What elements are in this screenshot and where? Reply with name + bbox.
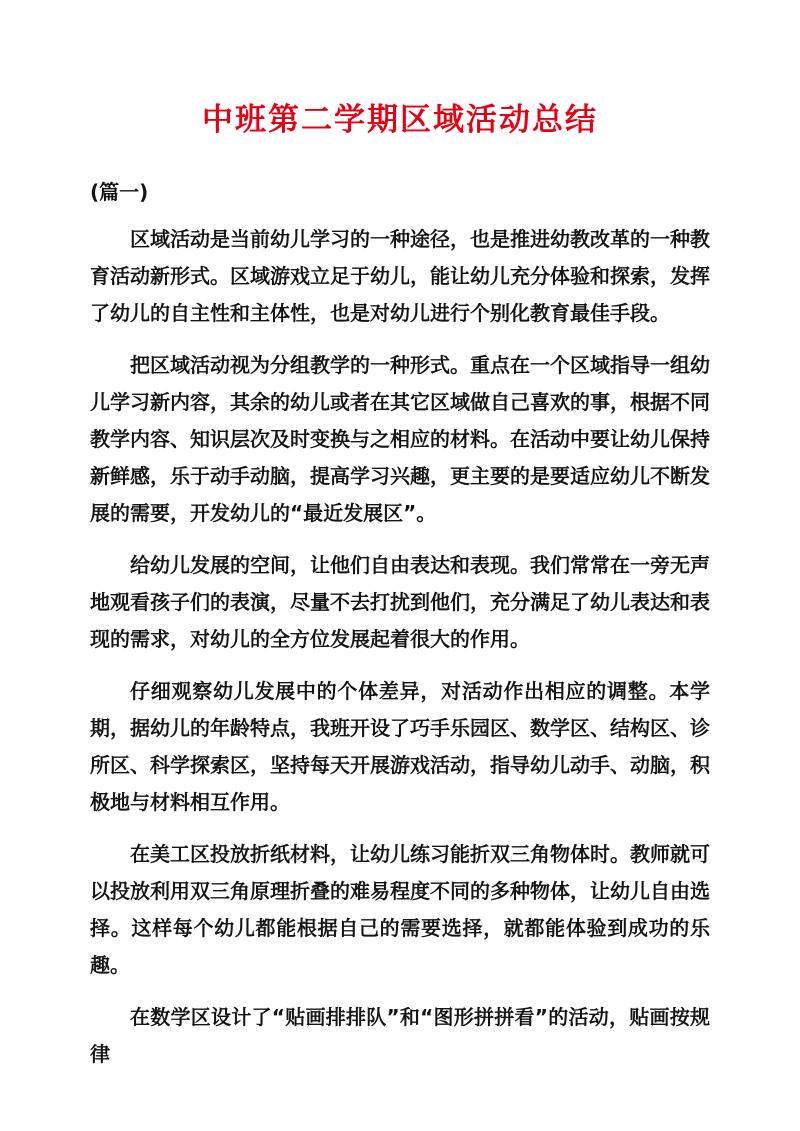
paragraph-4: 仔细观察幼儿发展中的个体差异，对活动作出相应的调整。本学期，据幼儿的年龄特点，我… (90, 673, 710, 821)
paragraph-3: 给幼儿发展的空间，让他们自由表达和表现。我们常常在一旁无声地观看孩子们的表演，尽… (90, 547, 710, 658)
paragraph-2: 把区域活动视为分组教学的一种形式。重点在一个区域指导一组幼儿学习新内容，其余的幼… (90, 347, 710, 532)
document-page: 中班第二学期区域活动总结 (篇一) 区域活动是当前幼儿学习的一种途径，也是推进幼… (0, 0, 800, 1131)
paragraph-5: 在美工区投放折纸材料，让幼儿练习能折双三角物体时。教师就可以投放利用双三角原理折… (90, 836, 710, 984)
paragraph-1: 区域活动是当前幼儿学习的一种途径，也是推进幼教改革的一种教育活动新形式。区域游戏… (90, 221, 710, 332)
section-label: (篇一) (90, 181, 710, 203)
paragraph-6: 在数学区设计了“贴画排排队”和“图形拼拼看”的活动，贴画按规律 (90, 999, 710, 1073)
document-title: 中班第二学期区域活动总结 (90, 103, 710, 137)
